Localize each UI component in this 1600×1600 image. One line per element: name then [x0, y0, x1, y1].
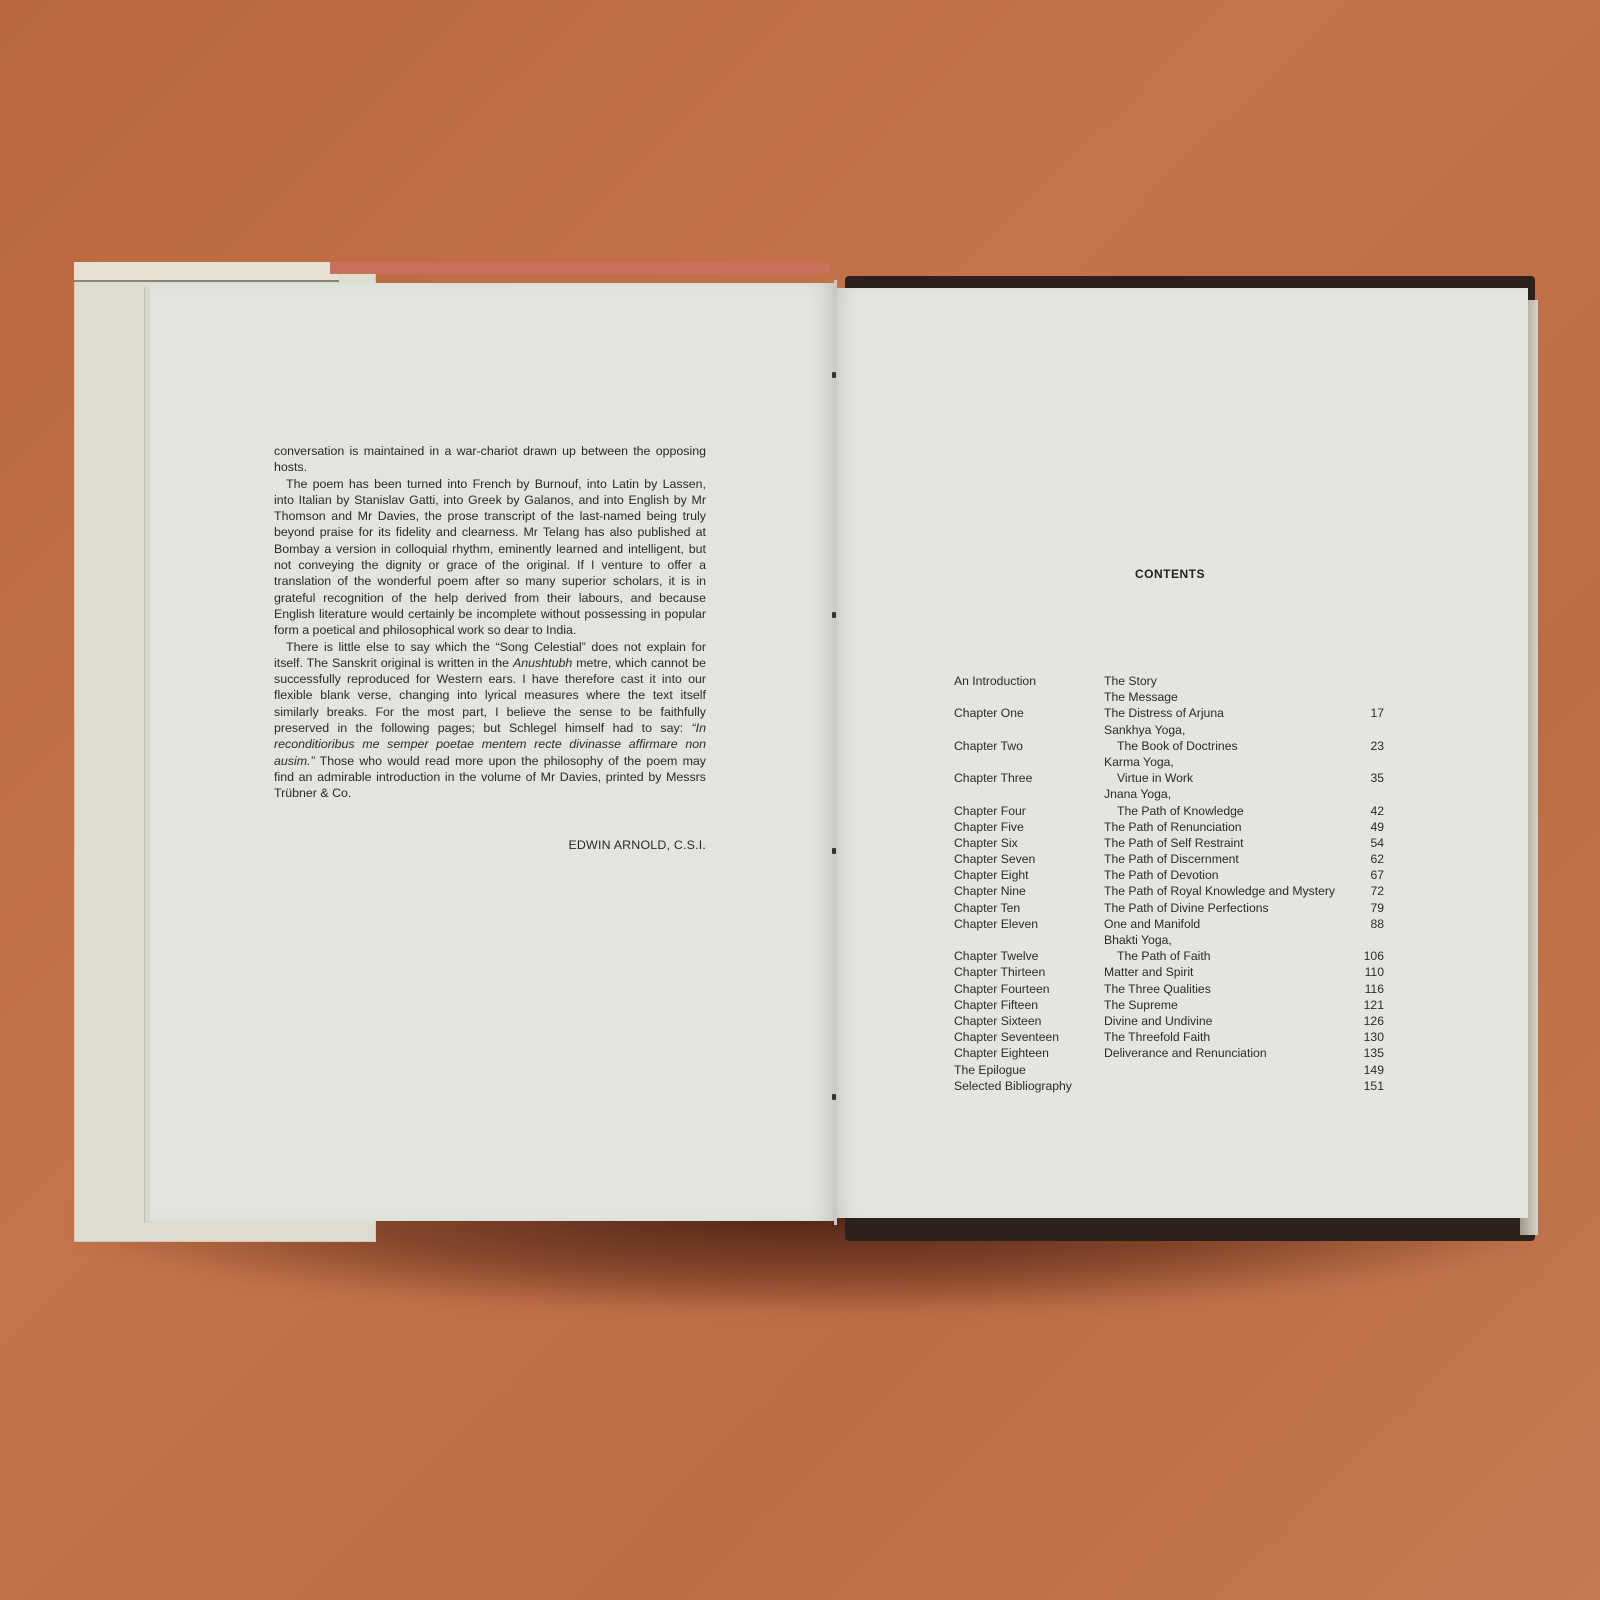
toc-entry: Chapter ThreeVirtue in Work35	[954, 770, 1384, 786]
toc-chapter-label: Chapter Eleven	[954, 916, 1104, 932]
toc-chapter-label	[954, 786, 1104, 802]
toc-chapter-title	[1104, 1062, 1344, 1078]
toc-page-number	[1344, 689, 1384, 705]
toc-page-number	[1344, 722, 1384, 738]
toc-chapter-title: Virtue in Work	[1104, 770, 1344, 786]
toc-chapter-label	[954, 689, 1104, 705]
contents-heading: CONTENTS	[1100, 567, 1240, 581]
toc-entry: Chapter FourThe Path of Knowledge42	[954, 803, 1384, 819]
toc-page-number: 62	[1344, 851, 1384, 867]
binding-stitch	[832, 848, 836, 854]
preface-paragraph: conversation is maintained in a war-char…	[274, 443, 706, 476]
front-cover-top-edge	[74, 262, 339, 282]
preface-paragraph: There is little else to say which the “S…	[274, 639, 706, 802]
toc-chapter-title: The Three Qualities	[1104, 981, 1344, 997]
toc-page-number: 130	[1344, 1029, 1384, 1045]
toc-chapter-title: The Path of Royal Knowledge and Mystery	[1104, 883, 1344, 899]
toc-chapter-title: The Story	[1104, 673, 1344, 689]
toc-chapter-title	[1104, 1078, 1344, 1094]
toc-entry: Chapter EighteenDeliverance and Renuncia…	[954, 1045, 1384, 1061]
toc-chapter-label: Chapter Five	[954, 819, 1104, 835]
toc-entry: Chapter SixThe Path of Self Restraint54	[954, 835, 1384, 851]
toc-entry: Chapter ThirteenMatter and Spirit110	[954, 964, 1384, 980]
toc-page-number: 135	[1344, 1045, 1384, 1061]
toc-entry: Chapter FourteenThe Three Qualities116	[954, 981, 1384, 997]
toc-entry: Chapter SeventeenThe Threefold Faith130	[954, 1029, 1384, 1045]
toc-page-number: 35	[1344, 770, 1384, 786]
binding-stitch	[832, 372, 836, 378]
toc-page-number: 149	[1344, 1062, 1384, 1078]
toc-entry: Chapter EightThe Path of Devotion67	[954, 867, 1384, 883]
author-signature: EDWIN ARNOLD, C.S.I.	[460, 838, 706, 852]
toc-chapter-title: The Supreme	[1104, 997, 1344, 1013]
toc-page-number	[1344, 932, 1384, 948]
toc-chapter-title: The Threefold Faith	[1104, 1029, 1344, 1045]
toc-chapter-title: The Path of Renunciation	[1104, 819, 1344, 835]
toc-chapter-label: Chapter Three	[954, 770, 1104, 786]
spine-cloth	[330, 262, 830, 274]
toc-page-number: 121	[1344, 997, 1384, 1013]
toc-chapter-title: The Path of Devotion	[1104, 867, 1344, 883]
preface-paragraph: The poem has been turned into French by …	[274, 476, 706, 639]
toc-page-number: 126	[1344, 1013, 1384, 1029]
toc-entry: Selected Bibliography151	[954, 1078, 1384, 1094]
toc-entry: Karma Yoga,	[954, 754, 1384, 770]
toc-entry: Chapter FifteenThe Supreme121	[954, 997, 1384, 1013]
toc-page-number: 151	[1344, 1078, 1384, 1094]
binding-stitch	[832, 1094, 836, 1100]
toc-page-number: 42	[1344, 803, 1384, 819]
toc-chapter-label: Selected Bibliography	[954, 1078, 1104, 1094]
toc-entry: Chapter FiveThe Path of Renunciation49	[954, 819, 1384, 835]
toc-page-number	[1344, 754, 1384, 770]
toc-page-number	[1344, 673, 1384, 689]
toc-chapter-title: Jnana Yoga,	[1104, 786, 1344, 802]
toc-entry: Sankhya Yoga,	[954, 722, 1384, 738]
toc-entry: Chapter NineThe Path of Royal Knowledge …	[954, 883, 1384, 899]
toc-chapter-label: Chapter Four	[954, 803, 1104, 819]
toc-page-number: 23	[1344, 738, 1384, 754]
toc-chapter-title: The Book of Doctrines	[1104, 738, 1344, 754]
toc-entry: Chapter SixteenDivine and Undivine126	[954, 1013, 1384, 1029]
toc-entry: Chapter SevenThe Path of Discernment62	[954, 851, 1384, 867]
toc-chapter-label: Chapter Fifteen	[954, 997, 1104, 1013]
toc-entry: Chapter TenThe Path of Divine Perfection…	[954, 900, 1384, 916]
toc-chapter-label: Chapter Sixteen	[954, 1013, 1104, 1029]
toc-chapter-title: The Path of Self Restraint	[1104, 835, 1344, 851]
toc-chapter-label: Chapter Fourteen	[954, 981, 1104, 997]
toc-chapter-label: Chapter Eighteen	[954, 1045, 1104, 1061]
toc-entry: Jnana Yoga,	[954, 786, 1384, 802]
toc-entry: Chapter TwoThe Book of Doctrines23	[954, 738, 1384, 754]
toc-entry: The Epilogue149	[954, 1062, 1384, 1078]
toc-chapter-label: Chapter One	[954, 705, 1104, 721]
toc-chapter-title: The Message	[1104, 689, 1344, 705]
toc-chapter-label: Chapter Seventeen	[954, 1029, 1104, 1045]
toc-chapter-title: One and Manifold	[1104, 916, 1344, 932]
toc-chapter-title: The Path of Discernment	[1104, 851, 1344, 867]
toc-entry: An IntroductionThe Story	[954, 673, 1384, 689]
toc-chapter-label: Chapter Thirteen	[954, 964, 1104, 980]
toc-chapter-title: Sankhya Yoga,	[1104, 722, 1344, 738]
toc-entry: The Message	[954, 689, 1384, 705]
toc-chapter-title: Karma Yoga,	[1104, 754, 1344, 770]
toc-chapter-label	[954, 722, 1104, 738]
toc-chapter-label: The Epilogue	[954, 1062, 1104, 1078]
toc-chapter-title: Divine and Undivine	[1104, 1013, 1344, 1029]
toc-page-number: 49	[1344, 819, 1384, 835]
toc-entry: Chapter ElevenOne and Manifold88	[954, 916, 1384, 932]
toc-page-number: 110	[1344, 964, 1384, 980]
toc-chapter-label	[954, 932, 1104, 948]
table-of-contents: An IntroductionThe StoryThe MessageChapt…	[954, 673, 1384, 1094]
toc-page-number: 17	[1344, 705, 1384, 721]
toc-chapter-label: Chapter Two	[954, 738, 1104, 754]
toc-chapter-title: Deliverance and Renunciation	[1104, 1045, 1344, 1061]
toc-entry: Chapter OneThe Distress of Arjuna17	[954, 705, 1384, 721]
toc-entry: Chapter TwelveThe Path of Faith106	[954, 948, 1384, 964]
toc-chapter-title: The Path of Divine Perfections	[1104, 900, 1344, 916]
toc-page-number: 72	[1344, 883, 1384, 899]
toc-chapter-title: The Path of Faith	[1104, 948, 1344, 964]
toc-chapter-label: Chapter Six	[954, 835, 1104, 851]
preface-text: conversation is maintained in a war-char…	[274, 443, 706, 802]
toc-page-number: 67	[1344, 867, 1384, 883]
toc-chapter-label: An Introduction	[954, 673, 1104, 689]
toc-page-number	[1344, 786, 1384, 802]
toc-entry: Bhakti Yoga,	[954, 932, 1384, 948]
toc-page-number: 79	[1344, 900, 1384, 916]
toc-chapter-label: Chapter Twelve	[954, 948, 1104, 964]
toc-page-number: 106	[1344, 948, 1384, 964]
toc-chapter-label: Chapter Eight	[954, 867, 1104, 883]
toc-page-number: 116	[1344, 981, 1384, 997]
toc-chapter-label: Chapter Ten	[954, 900, 1104, 916]
binding-stitch	[832, 612, 836, 618]
toc-chapter-label	[954, 754, 1104, 770]
toc-page-number: 88	[1344, 916, 1384, 932]
toc-page-number: 54	[1344, 835, 1384, 851]
toc-chapter-label: Chapter Seven	[954, 851, 1104, 867]
toc-chapter-label: Chapter Nine	[954, 883, 1104, 899]
toc-chapter-title: The Distress of Arjuna	[1104, 705, 1344, 721]
toc-chapter-title: Matter and Spirit	[1104, 964, 1344, 980]
toc-chapter-title: The Path of Knowledge	[1104, 803, 1344, 819]
toc-chapter-title: Bhakti Yoga,	[1104, 932, 1344, 948]
book-gutter	[834, 280, 837, 1225]
